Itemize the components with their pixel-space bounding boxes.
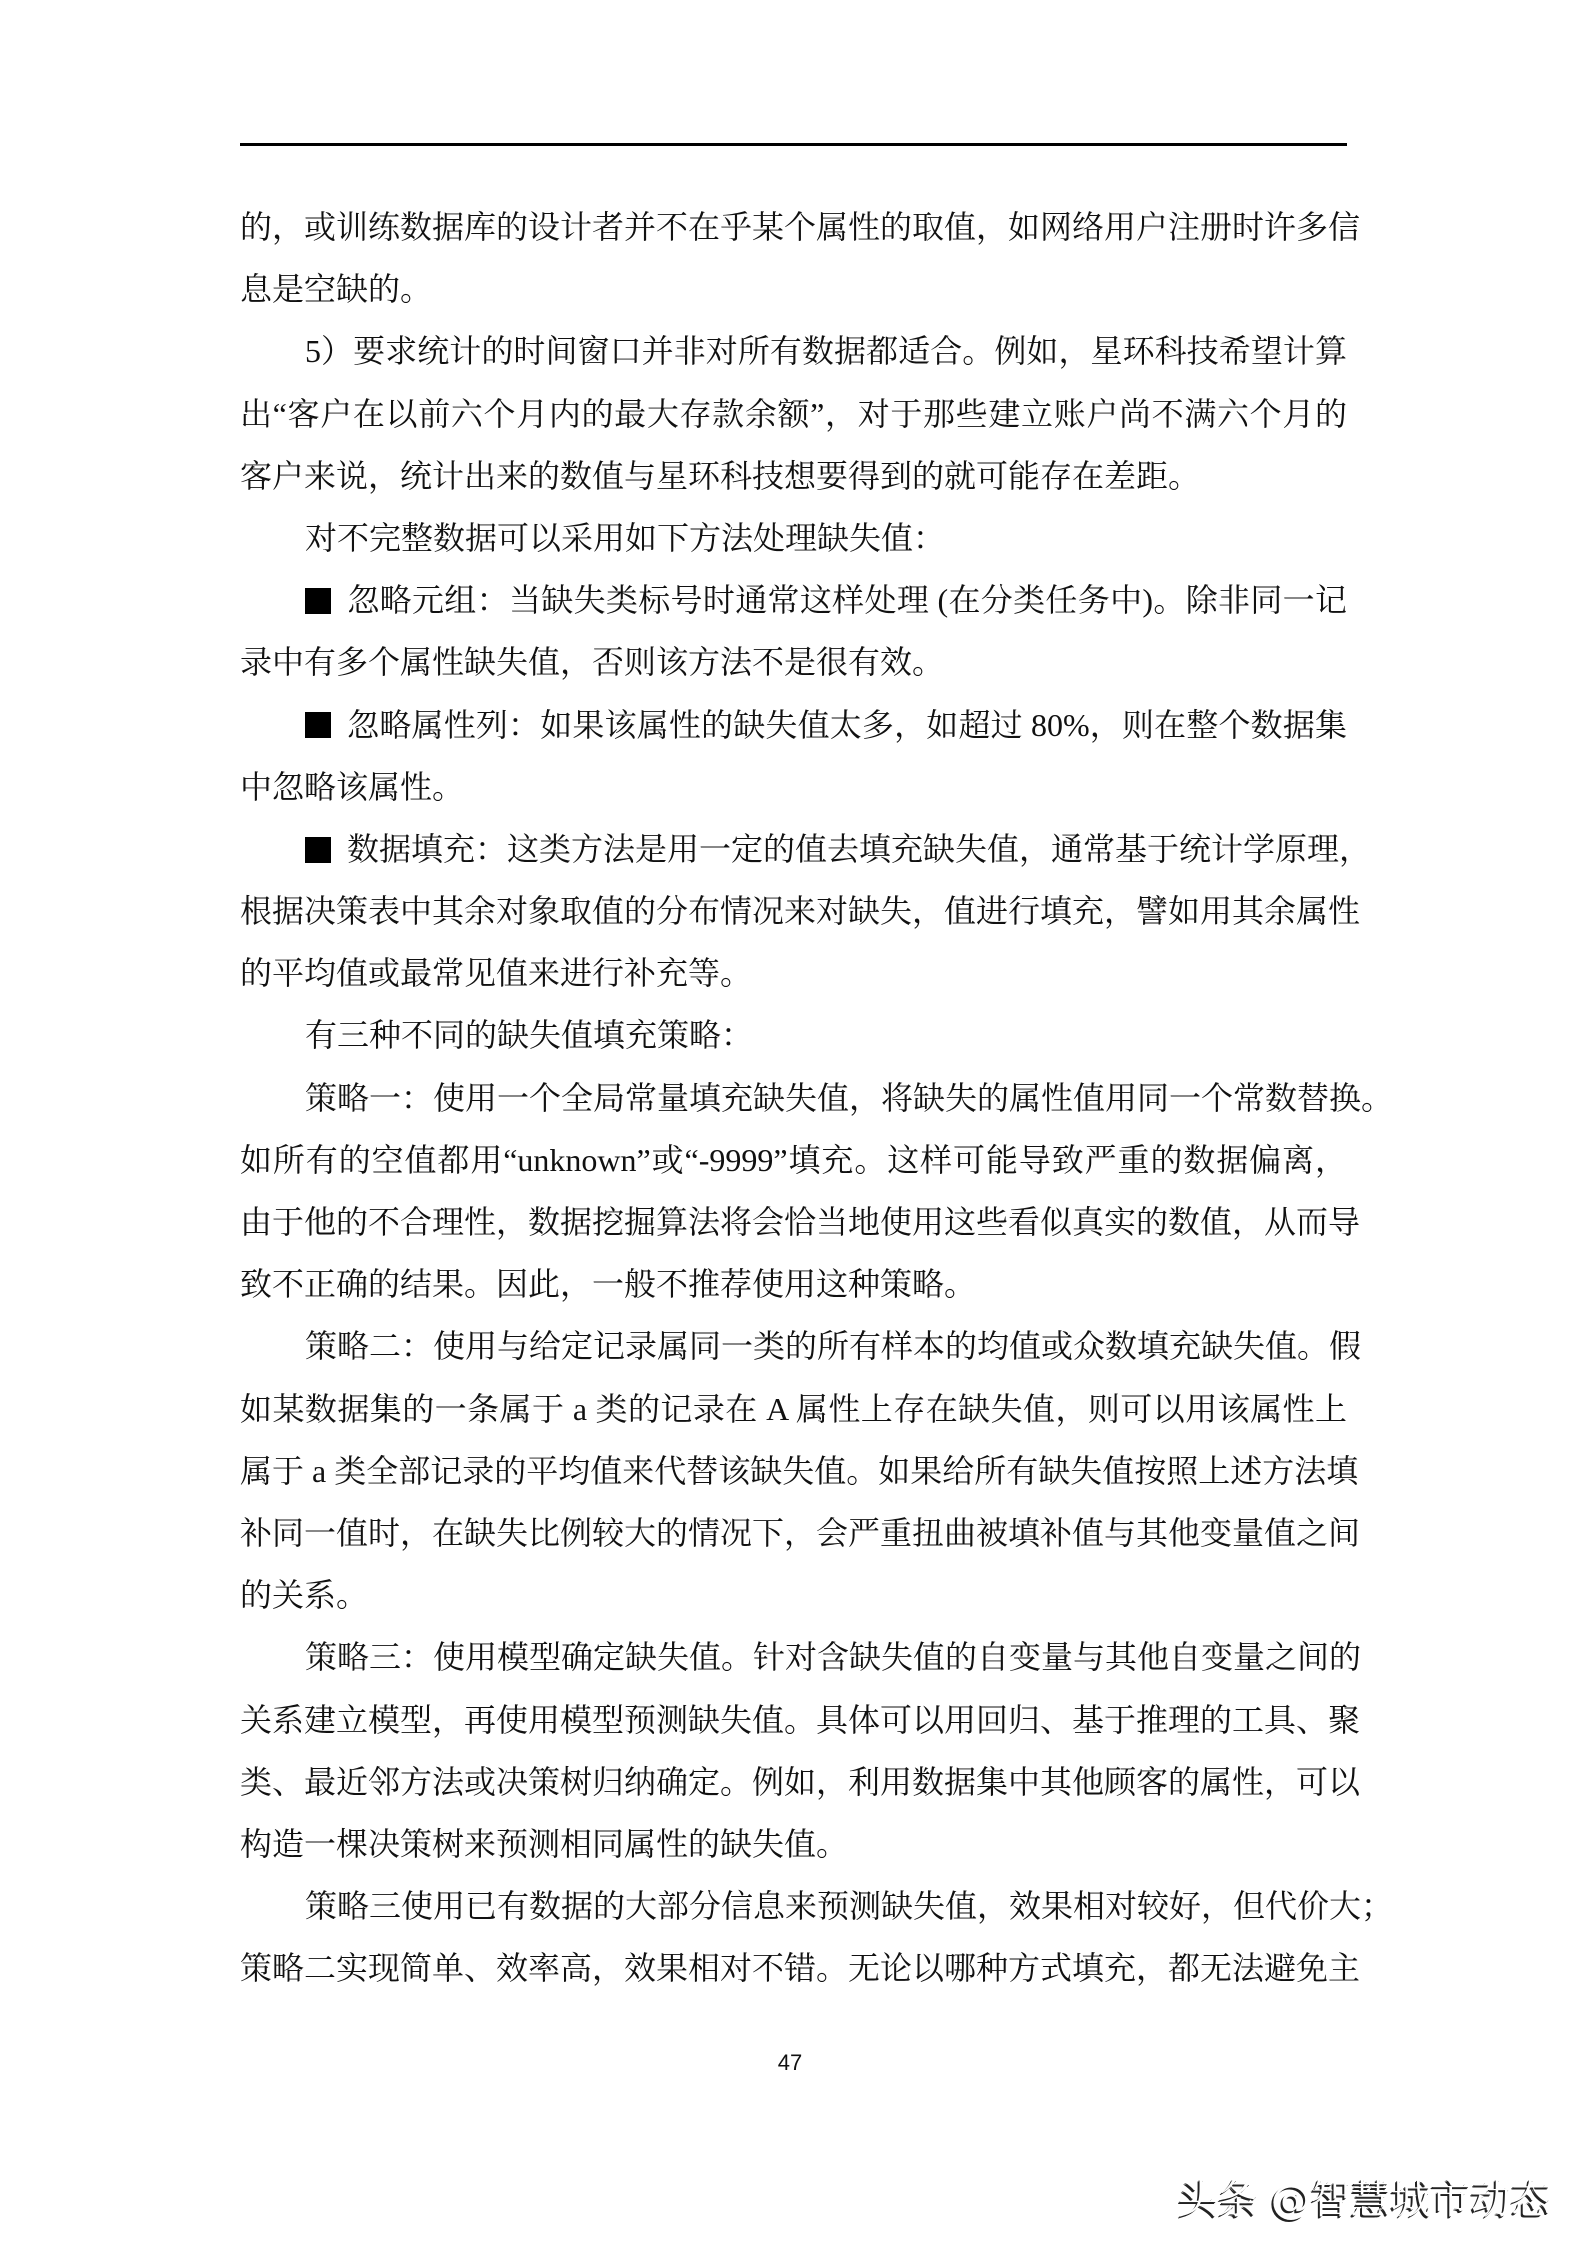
text-line: 策略二实现简单、效率高，效果相对不错。无论以哪种方式填充，都无法避免主 [240,1937,1347,1999]
bullet-line: 数据填充：这类方法是用一定的值去填充缺失值，通常基于统计学原理， [240,818,1347,880]
line-text: 补同一值时，在缺失比例较大的情况下，会严重扭曲被填补值与其他变量值之间 [240,1515,1360,1551]
text-line: 由于他的不合理性，数据挖掘算法将会恰当地使用这些看似真实的数值，从而导 [240,1191,1347,1253]
line-text: 策略一：使用一个全局常量填充缺失值，将缺失的属性值用同一个常数替换。 [305,1080,1393,1116]
text-line: 策略三：使用模型确定缺失值。针对含缺失值的自变量与其他自变量之间的 [240,1626,1347,1688]
header-rule [240,143,1347,146]
text-line: 如某数据集的一条属于 a 类的记录在 A 属性上存在缺失值，则可以用该属性上 [240,1378,1347,1440]
line-text: 的关系。 [240,1577,368,1613]
line-text: 根据决策表中其余对象取值的分布情况来对缺失，值进行填充，譬如用其余属性 [240,893,1360,929]
line-text: 致不正确的结果。因此，一般不推荐使用这种策略。 [240,1266,976,1302]
text-line: 策略三使用已有数据的大部分信息来预测缺失值，效果相对较好，但代价大； [240,1875,1347,1937]
line-text: 策略二实现简单、效率高，效果相对不错。无论以哪种方式填充，都无法避免主 [240,1950,1360,1986]
text-line: 息是空缺的。 [240,258,1347,320]
text-line: 5）要求统计的时间窗口并非对所有数据都适合。例如，星环科技希望计算 [240,320,1347,382]
bullet-line: 忽略元组：当缺失类标号时通常这样处理 (在分类任务中)。除非同一记 [240,569,1347,631]
text-line: 根据决策表中其余对象取值的分布情况来对缺失，值进行填充，譬如用其余属性 [240,880,1347,942]
square-bullet-icon [305,588,331,614]
line-text: 策略三使用已有数据的大部分信息来预测缺失值，效果相对较好，但代价大； [305,1888,1393,1924]
square-bullet-icon [305,837,331,863]
line-text: 5）要求统计的时间窗口并非对所有数据都适合。例如，星环科技希望计算 [305,333,1347,369]
line-text: 出“客户在以前六个月内的最大存款余额”，对于那些建立账户尚不满六个月的 [240,396,1347,432]
text-line: 对不完整数据可以采用如下方法处理缺失值： [240,507,1347,569]
page-number: 47 [740,2050,840,2076]
line-text: 如某数据集的一条属于 a 类的记录在 A 属性上存在缺失值，则可以用该属性上 [240,1391,1347,1427]
line-text: 类、最近邻方法或决策树归纳确定。例如，利用数据集中其他顾客的属性，可以 [240,1764,1360,1800]
text-line: 补同一值时，在缺失比例较大的情况下，会严重扭曲被填补值与其他变量值之间 [240,1502,1347,1564]
text-line: 出“客户在以前六个月内的最大存款余额”，对于那些建立账户尚不满六个月的 [240,383,1347,445]
square-bullet-icon [305,712,331,738]
text-line: 有三种不同的缺失值填充策略： [240,1004,1347,1066]
line-text: 客户来说，统计出来的数值与星环科技想要得到的就可能存在差距。 [240,458,1200,494]
line-text: 对不完整数据可以采用如下方法处理缺失值： [305,520,945,556]
text-line: 的，或训练数据库的设计者并不在乎某个属性的取值，如网络用户注册时许多信 [240,196,1347,258]
text-line: 致不正确的结果。因此，一般不推荐使用这种策略。 [240,1253,1347,1315]
text-line: 录中有多个属性缺失值，否则该方法不是很有效。 [240,631,1347,693]
body-text: 的，或训练数据库的设计者并不在乎某个属性的取值，如网络用户注册时许多信 息是空缺… [240,196,1347,1999]
line-text: 由于他的不合理性，数据挖掘算法将会恰当地使用这些看似真实的数值，从而导 [240,1204,1360,1240]
line-text: 息是空缺的。 [240,271,432,307]
text-line: 属于 a 类全部记录的平均值来代替该缺失值。如果给所有缺失值按照上述方法填 [240,1440,1347,1502]
line-text: 策略三：使用模型确定缺失值。针对含缺失值的自变量与其他自变量之间的 [305,1639,1361,1675]
text-line: 的关系。 [240,1564,1347,1626]
line-text: 有三种不同的缺失值填充策略： [305,1017,753,1053]
line-text: 中忽略该属性。 [240,769,464,805]
line-text: 的，或训练数据库的设计者并不在乎某个属性的取值，如网络用户注册时许多信 [240,209,1360,245]
text-line: 关系建立模型，再使用模型预测缺失值。具体可以用回归、基于推理的工具、聚 [240,1689,1347,1751]
bullet-line: 忽略属性列：如果该属性的缺失值太多，如超过 80%，则在整个数据集 [240,694,1347,756]
text-line: 客户来说，统计出来的数值与星环科技想要得到的就可能存在差距。 [240,445,1347,507]
watermark: 头条 @智慧城市动态 [1178,2168,1551,2225]
text-line: 构造一棵决策树来预测相同属性的缺失值。 [240,1813,1347,1875]
text-line: 策略一：使用一个全局常量填充缺失值，将缺失的属性值用同一个常数替换。 [240,1067,1347,1129]
text-line: 中忽略该属性。 [240,756,1347,818]
line-text: 数据填充：这类方法是用一定的值去填充缺失值，通常基于统计学原理， [347,831,1371,867]
text-line: 类、最近邻方法或决策树归纳确定。例如，利用数据集中其他顾客的属性，可以 [240,1751,1347,1813]
text-line: 如所有的空值都用“unknown”或“-9999”填充。这样可能导致严重的数据偏… [240,1129,1347,1191]
line-text: 忽略元组：当缺失类标号时通常这样处理 (在分类任务中)。除非同一记 [347,582,1347,618]
line-text: 录中有多个属性缺失值，否则该方法不是很有效。 [240,644,944,680]
line-text: 策略二：使用与给定记录属同一类的所有样本的均值或众数填充缺失值。假 [305,1328,1361,1364]
line-text: 关系建立模型，再使用模型预测缺失值。具体可以用回归、基于推理的工具、聚 [240,1702,1360,1738]
text-line: 的平均值或最常见值来进行补充等。 [240,942,1347,1004]
line-text: 如所有的空值都用“unknown”或“-9999”填充。这样可能导致严重的数据偏… [240,1142,1347,1178]
line-text: 属于 a 类全部记录的平均值来代替该缺失值。如果给所有缺失值按照上述方法填 [240,1453,1358,1489]
line-text: 构造一棵决策树来预测相同属性的缺失值。 [240,1826,848,1862]
line-text: 忽略属性列：如果该属性的缺失值太多，如超过 80%，则在整个数据集 [347,707,1347,743]
text-line: 策略二：使用与给定记录属同一类的所有样本的均值或众数填充缺失值。假 [240,1315,1347,1377]
line-text: 的平均值或最常见值来进行补充等。 [240,955,752,991]
